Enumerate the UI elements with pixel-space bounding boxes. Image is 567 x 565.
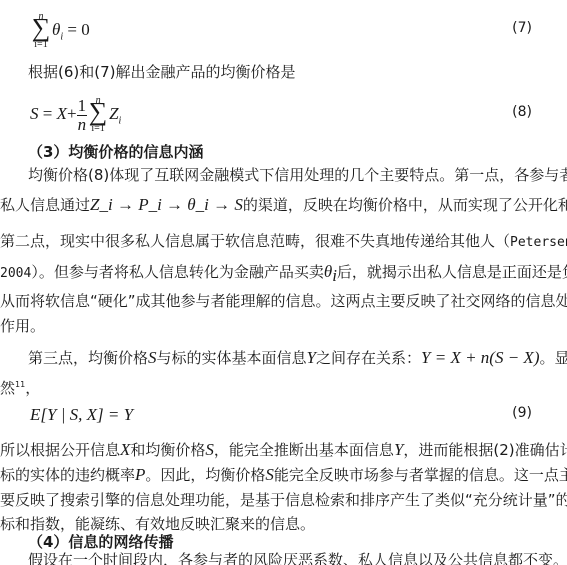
paragraph-line: 假设在一个时间段内，各参与者的风险厌恶系数、私人信息以及公共信息都不变。假设 [28,550,567,565]
paragraph-line: 第三点，均衡价格S与标的实体基本面信息Y之间存在关系：Y = X + n(S −… [28,348,567,368]
equation-7: n ∑ i=1 θi = 0 [30,10,90,50]
paragraph-line: 2004）。但参与者将私人信息转化为金融产品买卖θi后，就揭示出私人信息是正面还… [0,262,567,286]
summation-symbol: n∑i=1 [87,93,109,137]
summation-symbol: n ∑ i=1 [30,11,52,51]
equation-number-9: (9) [512,405,532,421]
equation-8: S = X+1nn∑i=1Zi [30,92,121,136]
fraction: 1n [77,97,88,134]
paragraph-line: 从而将软信息“硬化”成其他参与者能理解的信息。这两点主要反映了社交网络的信息处理 [0,291,567,311]
paragraph-line: 要反映了搜索引擎的信息处理功能，是基于信息检索和排序产生了类似“充分统计量”的指 [0,490,567,510]
paragraph-line: 然11， [0,375,40,398]
relation-formula: Y = X + n(S − X) [421,348,539,367]
paragraph-line: 均衡价格(8)体现了互联网金融模式下信用处理的几个主要特点。第一点，各参与者的 [28,165,567,185]
paragraph-line: 所以根据公开信息X和均衡价格S，能完全推断出基本面信息Y，进而能根据(2)准确估… [0,440,567,460]
section-heading-4: （4）信息的网络传播 [28,532,173,552]
footnote-ref: 11 [15,380,25,389]
paragraph-line: 作用。 [0,316,45,336]
equation-number-7: (7) [512,20,532,36]
section-heading-3: （3）均衡价格的信息内涵 [28,142,203,162]
info-chain-formula: Z_i → P_i → θ_i → S [90,195,243,214]
paragraph-line: 标的实体的违约概率P。因此，均衡价格S能完全反映市场参与者掌握的信息。这一点主 [0,465,567,485]
paragraph-intro: 根据(6)和(7)解出金融产品的均衡价格是 [28,62,296,82]
paragraph-line: 第二点，现实中很多私人信息属于软信息范畴，很难不失真地传递给其他人（Peters… [0,231,567,253]
paragraph-line: 标和指数，能凝练、有效地反映汇聚来的信息。 [0,514,315,534]
equation-9: E[Y | S, X] = Y [30,400,133,430]
equation-number-8: (8) [512,104,532,120]
paragraph-line: 私人信息通过Z_i → P_i → θ_i → S的渠道，反映在均衡价格中，从而… [0,195,567,215]
